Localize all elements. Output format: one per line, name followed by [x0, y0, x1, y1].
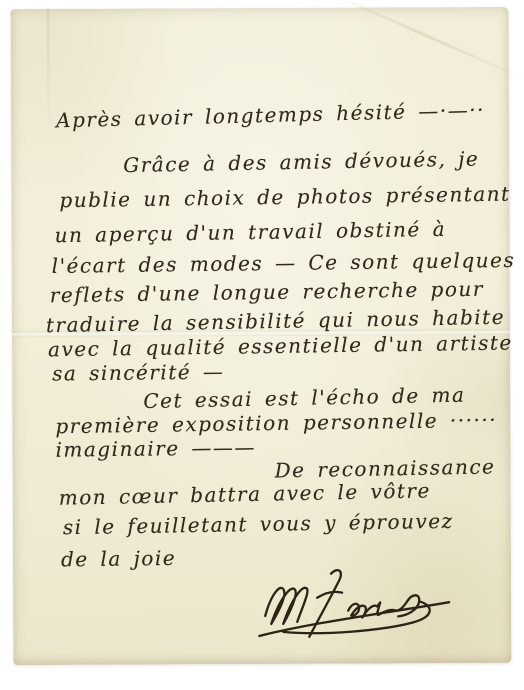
letter-line: si le feuilletant vous y éprouvez [63, 509, 454, 539]
letter-line: un aperçu d'un travail obstiné à [54, 217, 446, 247]
fold-crease-vertical [47, 9, 51, 129]
scan-background: { "document": { "kind": "handwritten let… [0, 0, 524, 690]
signature-scrawl-icon [251, 565, 463, 644]
signature [251, 565, 463, 644]
letter-line: publie un choix de photos présentant [59, 182, 511, 213]
letter-line: première exposition personnelle ······ [55, 408, 497, 439]
fold-crease-topright [327, 0, 524, 82]
letter-paper: Après avoir longtemps hésité —·—·· Grâce… [11, 7, 512, 665]
letter-line: sa sincérité — [52, 360, 225, 386]
letter-line: imaginaire ——— [55, 435, 256, 462]
letter-line: mon cœur battra avec le vôtre [58, 478, 431, 509]
letter-body: Après avoir longtemps hésité —·—·· Grâce… [11, 7, 509, 9]
letter-line: reflets d'une longue recherche pour [50, 277, 484, 307]
letter-line: de la joie [61, 546, 176, 572]
letter-line: Après avoir longtemps hésité —·—·· [56, 98, 485, 133]
letter-line: Grâce à des amis dévoués, je [123, 147, 479, 178]
letter-line: l'écart des modes — Ce sont quelques [52, 248, 516, 278]
